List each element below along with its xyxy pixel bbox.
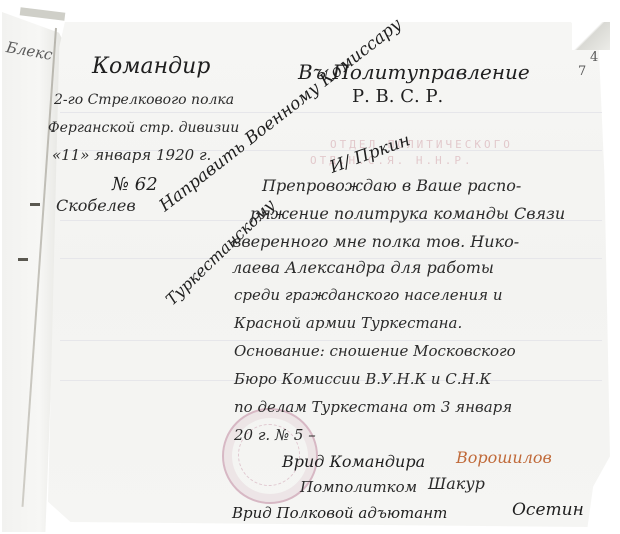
body-line: среди гражданского населения и xyxy=(234,286,503,304)
document-number: № 62 xyxy=(112,174,158,195)
signature-commander: Ворошилов xyxy=(456,448,552,467)
signature-role-politcom: Помполитком xyxy=(300,478,417,496)
body-line: ряжение политрука команды Связи xyxy=(250,204,565,223)
corner-fold xyxy=(572,22,610,50)
page-number: 4 xyxy=(590,50,598,65)
body-line: Красной армии Туркестана. xyxy=(234,314,462,332)
body-line: Бюро Комиссии В.У.Н.К и С.Н.К xyxy=(234,370,491,388)
header-left-title: Командир xyxy=(92,54,210,79)
ruled-line xyxy=(60,112,602,113)
body-line: Основание: сношение Московского xyxy=(234,342,516,360)
binding-edge xyxy=(20,7,66,20)
body-line: лаева Александра для работы xyxy=(232,258,494,277)
signature-politcom: Шакур xyxy=(428,474,485,493)
signature-role-commander: Врид Командира xyxy=(282,452,425,471)
signature-adjutant: Осетин xyxy=(512,500,584,520)
binding-stitch xyxy=(18,258,28,261)
header-left-division: Ферганской стр. дивизии xyxy=(48,120,239,136)
header-left-city: Скобелев xyxy=(56,196,136,215)
body-line: 20 г. № 5 – xyxy=(234,426,316,444)
ruled-line xyxy=(60,340,602,341)
binding-stitch xyxy=(30,203,40,206)
header-left-regiment: 2-го Стрелкового полка xyxy=(54,92,234,108)
body-line: по делам Туркестана от 3 января xyxy=(234,398,512,416)
header-right-abbrev: Р. В. С. Р. xyxy=(352,86,443,107)
signature-role-adjutant: Врид Полковой адъютант xyxy=(232,504,447,522)
body-line: Препровождаю в Ваше распо- xyxy=(262,176,521,195)
document-scan: ОТДЕЛ ПОЛИТИЧЕСКОГО ОТД.Н.С.Я. Н.Н.Р. Бл… xyxy=(0,0,620,534)
body-line: вверенного мне полка тов. Нико- xyxy=(232,232,519,251)
header-left-date: «11» января 1920 г. xyxy=(52,146,211,164)
page-number: 7 xyxy=(578,64,586,79)
